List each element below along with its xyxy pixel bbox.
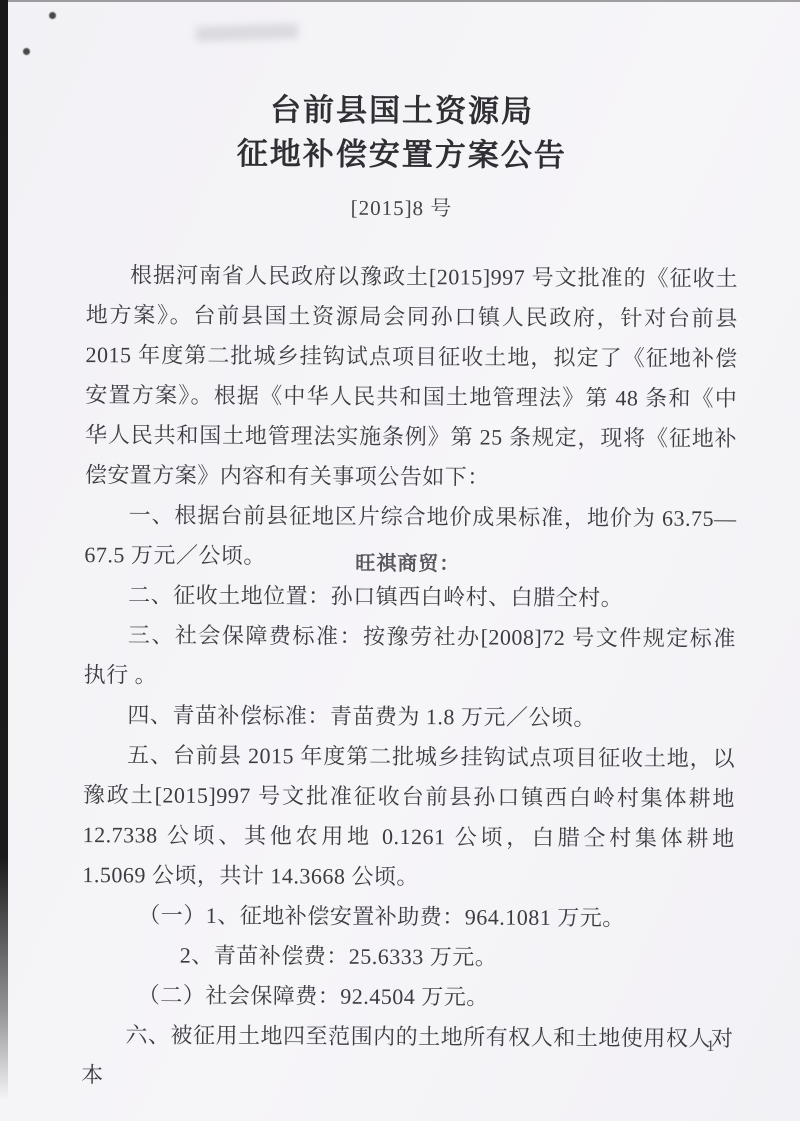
list-item-5-sub-2: 2、青苗补偿费：25.6333 万元。 xyxy=(82,935,734,979)
scanned-document-page: 台前县国土资源局 征地补偿安置方案公告 [2015]8 号 根据河南省人民政府以… xyxy=(0,0,800,1131)
page-number: 1 xyxy=(706,1038,714,1056)
doc-title-line1: 台前县国土资源局 xyxy=(2,0,800,134)
watermark-stamp: 旺祺商贸： xyxy=(355,547,460,577)
list-item-2: 二、征收土地位置：孙口镇西白岭村、白腊仝村。 xyxy=(84,575,736,619)
list-item-3: 三、社会保障费标准：按豫劳社办[2008]72 号文件规定标准执行 。 xyxy=(84,615,736,699)
list-item-6: 六、被征用土地四至范围内的土地所有权人和土地使用权人对本 xyxy=(81,1015,733,1099)
list-item-5: 五、台前县 2015 年度第二批城乡挂钩试点项目征收土地，以豫政土[2015]9… xyxy=(82,735,735,899)
scan-bottom-edge xyxy=(0,1121,800,1131)
document-content: 台前县国土资源局 征地补偿安置方案公告 [2015]8 号 根据河南省人民政府以… xyxy=(0,0,800,1131)
list-item-5-sub-3: （二）社会保障费：92.4504 万元。 xyxy=(82,975,734,1019)
doc-title-line2: 征地补偿安置方案公告 xyxy=(2,132,800,179)
list-item-4: 四、青苗补偿标准：青苗费为 1.8 万元／公顷。 xyxy=(83,695,735,739)
para-intro: 根据河南省人民政府以豫政土[2015]997 号文批准的《征收土地方案》。台前县… xyxy=(85,255,738,499)
doc-body: 根据河南省人民政府以豫政土[2015]997 号文批准的《征收土地方案》。台前县… xyxy=(0,255,800,1100)
list-item-5-sub-1: （一）1、征地补偿安置补助费：964.1081 万元。 xyxy=(82,895,734,939)
doc-number: [2015]8 号 xyxy=(1,190,800,225)
